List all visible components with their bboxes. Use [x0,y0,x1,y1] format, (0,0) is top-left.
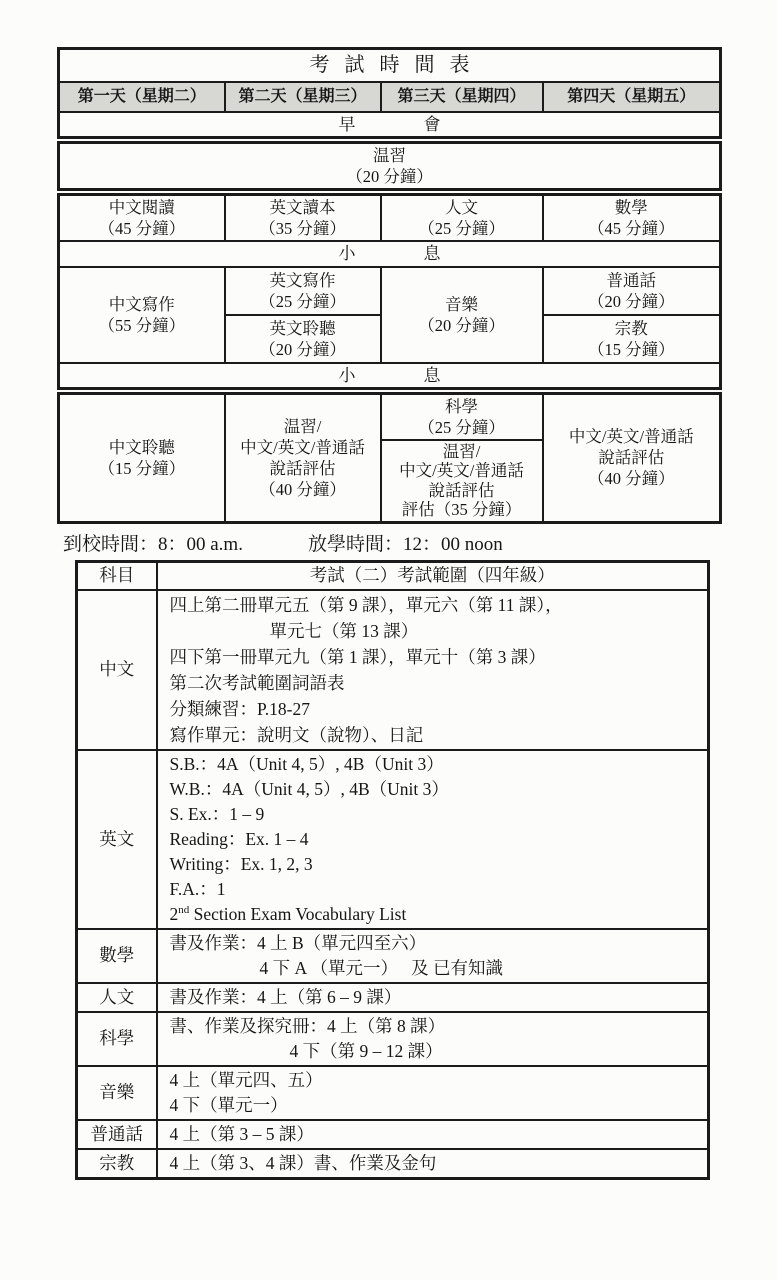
subject-math: 數學 [77,929,157,983]
exam-duration: （20 分鐘） [546,291,718,312]
assessment-line: 說話評估 [384,481,540,501]
assessment-line: 說話評估 [546,447,718,468]
exam-duration: （45 分鐘） [62,218,222,239]
day-header-tuesday: 第一天（星期二） [59,82,225,112]
exam-duration: （15 分鐘） [546,339,718,360]
exam-name: 數學 [546,197,718,218]
exam-cell-chinese-writing: 中文寫作 （55 分鐘） [59,267,225,363]
exam-name: 英文聆聽 [228,318,378,339]
scope-music: 4 上（單元四、五） 4 下（單元一） [157,1066,709,1120]
exam-cell-putonghua: 普通話 （20 分鐘） [543,267,721,315]
exam-name: 英文讀本 [228,197,378,218]
exam-name: 英文寫作 [228,270,378,291]
assessment-line: 中文/英文/普通話 [228,437,378,458]
scope-math: 書及作業：4 上 B（單元四至六） 4 下 A （單元一） 及 已有知識 [157,929,709,983]
scope-header-range: 考試（二）考試範圍（四年級） [157,562,709,590]
recess-cell-1: 小 息 [59,241,721,267]
exam-cell-science: 科學 （25 分鐘） [381,391,543,440]
dismissal-time: 放學時間：12：00 noon [308,529,503,556]
scope-line: 四下第一冊單元九（第 1 課），單元十（第 3 課） [170,644,704,670]
assessment-line: （40 分鐘） [228,479,378,500]
day-header-friday: 第四天（星期五） [543,82,721,112]
exam-duration: （25 分鐘） [384,218,540,239]
exam-cell-english-listening: 英文聆聽 （20 分鐘） [225,315,381,363]
scope-line: 書、作業及探究冊：4 上（第 8 課） [170,1014,704,1039]
scope-line: W.B.：4A（Unit 4, 5）, 4B（Unit 3） [170,777,704,802]
exam-cell-music: 音樂 （20 分鐘） [381,267,543,363]
scope-line: S. Ex.：1 – 9 [170,802,704,827]
exam-timetable-table: 考 試 時 間 表 第一天（星期二） 第二天（星期三） 第三天（星期四） 第四天… [57,47,722,524]
exam-name: 人文 [384,197,540,218]
exam-name: 中文寫作 [62,294,222,315]
scope-science: 書、作業及探究冊：4 上（第 8 課） 4 下（第 9 – 12 課） [157,1012,709,1066]
vocab-ordinal-suffix: nd [178,904,189,916]
exam-cell-english-writing: 英文寫作 （25 分鐘） [225,267,381,315]
scope-line-vocab: 2nd Section Exam Vocabulary List [170,902,704,927]
morning-assembly-cell: 早 會 [59,112,721,140]
exam-name: 温習 [62,145,717,166]
timetable-title: 考 試 時 間 表 [59,49,721,82]
scope-line: 4 上（第 3、4 課）書、作業及金句 [170,1151,704,1176]
exam-duration: （20 分鐘） [62,166,717,187]
exam-duration: （20 分鐘） [384,315,540,336]
scope-line: 4 下（第 9 – 12 課） [170,1039,704,1064]
exam-duration: （55 分鐘） [62,315,222,336]
day-header-thursday: 第三天（星期四） [381,82,543,112]
scope-line: 第二次考試範圍詞語表 [170,670,704,696]
assessment-line: 中文/英文/普通話 [384,461,540,481]
subject-english: 英文 [77,750,157,929]
scope-line: 單元七（第 13 課） [170,618,704,644]
exam-scope-table: 科目 考試（二）考試範圍（四年級） 中文 四上第二冊單元五（第 9 課），單元六… [75,560,710,1180]
exam-cell-english-reader: 英文讀本 （35 分鐘） [225,192,381,241]
scope-line: 書及作業：4 上 B（單元四至六） [170,931,704,956]
assessment-line: 說話評估 [228,458,378,479]
exam-duration: （25 分鐘） [384,417,540,438]
scope-line: Reading：Ex. 1 – 4 [170,827,704,852]
scope-line: F.A.：1 [170,877,704,902]
exam-duration: （35 分鐘） [228,218,378,239]
scope-chinese: 四上第二冊單元五（第 9 課），單元六（第 11 課）， 單元七（第 13 課）… [157,590,709,750]
scope-line: 分類練習：P.18-27 [170,696,704,722]
scope-putonghua: 4 上（第 3 – 5 課） [157,1120,709,1149]
scope-line: 4 下（單元一） [170,1093,704,1118]
exam-cell-chinese-listening: 中文聆聽 （15 分鐘） [59,391,225,523]
subject-music: 音樂 [77,1066,157,1120]
subject-putonghua: 普通話 [77,1120,157,1149]
scope-line: 四上第二冊單元五（第 9 課），單元六（第 11 課）， [170,592,704,618]
exam-name: 宗教 [546,318,718,339]
scope-line: 書及作業：4 上（第 6 – 9 課） [170,985,704,1010]
scope-line: 4 上（單元四、五） [170,1068,704,1093]
exam-name: 普通話 [546,270,718,291]
assessment-line: 中文/英文/普通話 [546,426,718,447]
school-times-line: 到校時間：8：00 a.m. 放學時間：12：00 noon [63,529,723,553]
scope-religion: 4 上（第 3、4 課）書、作業及金句 [157,1149,709,1179]
scope-english: S.B.：4A（Unit 4, 5）, 4B（Unit 3） W.B.：4A（U… [157,750,709,929]
assessment-cell-day3: 温習/ 中文/英文/普通話 說話評估 評估（35 分鐘） [381,440,543,523]
vocab-rest: Section Exam Vocabulary List [189,904,406,924]
scanned-exam-notice-page: 考 試 時 間 表 第一天（星期二） 第二天（星期三） 第三天（星期四） 第四天… [0,0,777,1280]
exam-duration: （15 分鐘） [62,458,222,479]
assessment-line: 温習/ [384,442,540,462]
subject-religion: 宗教 [77,1149,157,1179]
exam-name: 中文聆聽 [62,437,222,458]
exam-duration: （45 分鐘） [546,218,718,239]
arrival-time: 到校時間：8：00 a.m. [63,534,243,555]
scope-humanities: 書及作業：4 上（第 6 – 9 課） [157,983,709,1012]
scope-line: 4 上（第 3 – 5 課） [170,1122,704,1147]
assessment-line: （40 分鐘） [546,468,718,489]
exam-name: 中文閱讀 [62,197,222,218]
scope-line: 寫作單元：說明文（說物）、日記 [170,722,704,748]
subject-humanities: 人文 [77,983,157,1012]
scope-line: Writing：Ex. 1, 2, 3 [170,852,704,877]
exam-cell-math: 數學 （45 分鐘） [543,192,721,241]
subject-chinese: 中文 [77,590,157,750]
assessment-line: 温習/ [228,416,378,437]
exam-name: 科學 [384,396,540,417]
vocab-num: 2 [170,904,179,924]
exam-cell-religion: 宗教 （15 分鐘） [543,315,721,363]
scope-line: S.B.：4A（Unit 4, 5）, 4B（Unit 3） [170,752,704,777]
scope-header-subject: 科目 [77,562,157,590]
scope-line: 4 下 A （單元一） 及 已有知識 [170,956,704,981]
day-header-wednesday: 第二天（星期三） [225,82,381,112]
exam-duration: （25 分鐘） [228,291,378,312]
subject-science: 科學 [77,1012,157,1066]
exam-name: 音樂 [384,294,540,315]
exam-cell-chinese-reading: 中文閱讀 （45 分鐘） [59,192,225,241]
assessment-cell-day4: 中文/英文/普通話 說話評估 （40 分鐘） [543,391,721,523]
exam-cell-humanities: 人文 （25 分鐘） [381,192,543,241]
recess-cell-2: 小 息 [59,363,721,391]
assessment-cell-day2: 温習/ 中文/英文/普通話 說話評估 （40 分鐘） [225,391,381,523]
revision-cell: 温習 （20 分鐘） [59,140,721,192]
exam-duration: （20 分鐘） [228,339,378,360]
assessment-line: 評估（35 分鐘） [384,500,540,520]
